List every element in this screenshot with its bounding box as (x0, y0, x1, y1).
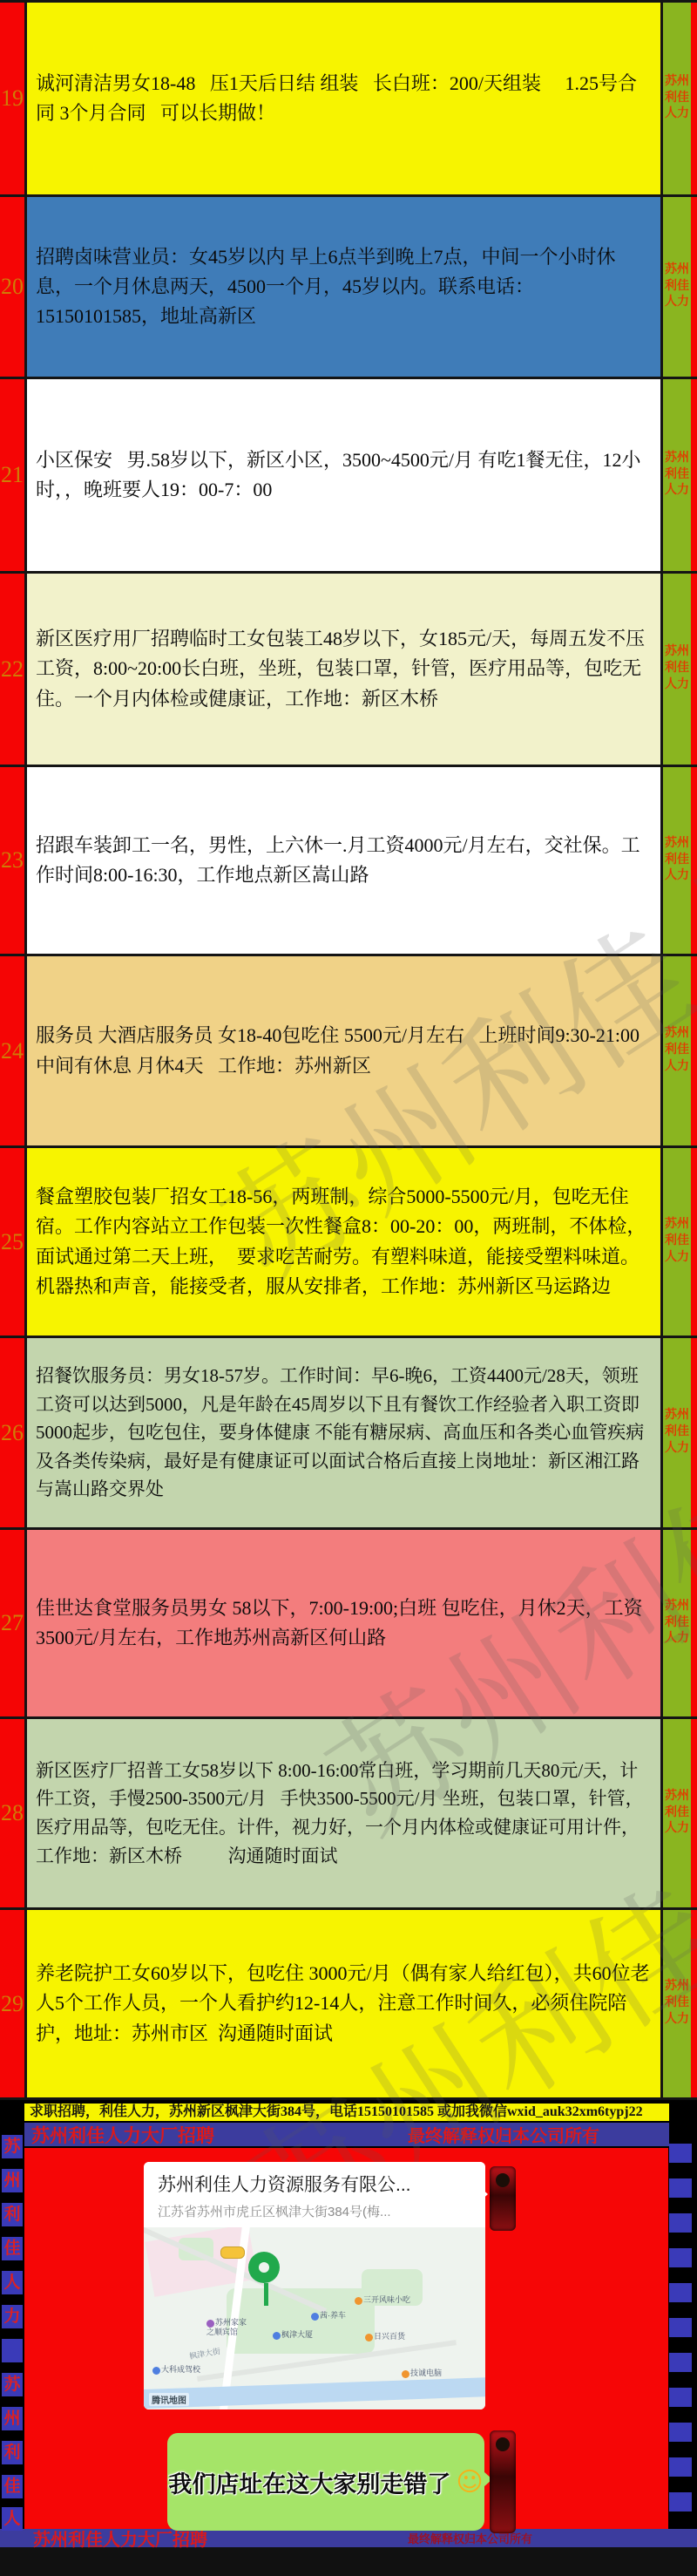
row-number-cell: 29 (0, 1910, 24, 2097)
rail-cell (669, 2248, 692, 2267)
row-number-cell: 24 (0, 956, 24, 1145)
brand-rail: 苏州 利佳 人力 (663, 197, 691, 377)
job-row-22: 22 新区医疗用厂招聘临时工女包装工48岁以下，女185元/天，每周五发不压工资… (0, 571, 697, 765)
job-text: 小区保安 男.58岁以下，新区小区，3500~4500元/月 有吃1餐无住，12… (36, 445, 652, 505)
job-row-26: 26 招餐饮服务员：男女18-57岁。工作时间：早6-晚6，工资4400元/28… (0, 1336, 697, 1527)
map-river (144, 2377, 485, 2409)
rail-char: 利 (2, 2203, 23, 2226)
rail-cell (669, 2318, 692, 2337)
rail-cell (669, 2213, 692, 2233)
rail-char: 人 (2, 2271, 23, 2294)
bottom-banner: 苏州利佳人力大厂招聘 最终解释权归本公司所有 (0, 2529, 697, 2547)
edge-strip (691, 1530, 697, 1716)
rail-cell (669, 2283, 692, 2302)
brand-rail: 苏州 利佳 人力 (663, 1719, 691, 1907)
brand-rail: 苏州 利佳 人力 (663, 3, 691, 194)
job-row-24: 24 服务员 大酒店服务员 女18-40包吃住 5500元/月左右 上班时间9:… (0, 954, 697, 1145)
job-content: 养老院护工女60岁以下，包吃住 3000元/月（偶有家人给红包），共60位老人5… (24, 1910, 663, 2097)
brand-rail: 苏州 利佳 人力 (663, 767, 691, 954)
edge-strip (691, 767, 697, 954)
job-row-27: 27 佳世达食堂服务员男女 58以下，7:00-19:00;白班 包吃住，月休2… (0, 1527, 697, 1716)
map-poi-label: 技诚电脑 (402, 2369, 442, 2377)
banner-disclaimer: 最终解释权归本公司所有 (408, 2530, 532, 2546)
edge-strip (691, 1148, 697, 1336)
rail-char: 苏 (2, 2135, 23, 2158)
job-content: 诚河清洁男女18-48 压1天后日结 组装 长白班：200/天组装 1.25号合… (24, 3, 663, 194)
job-row-21: 21 小区保安 男.58岁以下，新区小区，3500~4500元/月 有吃1餐无住… (0, 377, 697, 571)
rail-cell (669, 2492, 692, 2511)
job-text: 佳世达食堂服务员男女 58以下，7:00-19:00;白班 包吃住，月休2天，工… (36, 1594, 652, 1653)
job-row-23: 23 招跟车装卸工一名，男性，上六休一.月工资4000元/月左右，交社保。工作时… (0, 765, 697, 954)
rail-cell (669, 2423, 692, 2442)
banner-title: 苏州利佳人力大厂招聘 (31, 2122, 214, 2148)
brand-label: 苏州 利佳 人力 (665, 1217, 689, 1267)
footer-zone: 求职招聘，利佳人力，苏州新区枫津大街384号，电话15150101585 或加我… (0, 2097, 697, 2547)
brand-rail: 苏州 利佳 人力 (663, 1910, 691, 2097)
map-poi-label: 茜·养车 (311, 2311, 346, 2320)
road-number-badge (220, 2246, 245, 2259)
rail-cell (669, 2144, 692, 2163)
brand-rail: 苏州 利佳 人力 (663, 1148, 691, 1336)
job-text: 养老院护工女60岁以下，包吃住 3000元/月（偶有家人给红包），共60位老人5… (36, 1959, 652, 2048)
brand-label: 苏州 利佳 人力 (665, 262, 689, 312)
row-number-cell: 28 (0, 1719, 24, 1907)
map-poi-label: 大科成驾校 (152, 2365, 200, 2374)
job-text: 诚河清洁男女18-48 压1天后日结 组装 长白班：200/天组装 1.25号合… (36, 69, 652, 128)
rail-char: 利 (2, 2441, 23, 2464)
brand-label: 苏州 利佳 人力 (665, 1979, 689, 2029)
job-row-28: 28 新区医疗厂招普工女58岁以下 8:00-16:00常白班，学习期前几天80… (0, 1716, 697, 1907)
edge-strip (691, 379, 697, 571)
row-number-cell: 26 (0, 1338, 24, 1527)
row-number: 26 (1, 1422, 24, 1444)
rail-char: 苏 (2, 2373, 23, 2396)
row-number: 20 (1, 275, 24, 298)
job-text: 服务员 大酒店服务员 女18-40包吃住 5500元/月左右 上班时间9:30-… (36, 1021, 652, 1080)
edge-strip (691, 3, 697, 194)
chat-bubble[interactable]: 我们店址在这大家别走错了 ☺ (167, 2433, 484, 2531)
job-content: 新区医疗用厂招聘临时工女包装工48岁以下，女185元/天，每周五发不压工资，8:… (24, 574, 663, 765)
smile-emoji: ☺ (456, 2467, 483, 2498)
row-number-cell: 23 (0, 767, 24, 954)
chat-message: 我们店址在这大家别走错了 (168, 2465, 450, 2499)
brand-rail: 苏州 利佳 人力 (663, 1530, 691, 1716)
banner-disclaimer: 最终解释权归本公司所有 (408, 2122, 599, 2147)
tencent-maps-logo: 腾讯地图 (149, 2393, 189, 2406)
company-address: 江苏省苏州市虎丘区枫津大街384号(梅... (158, 2202, 471, 2220)
row-number: 27 (1, 1612, 24, 1635)
map-poi-label: 三开风味小吃 (355, 2295, 410, 2304)
rail-cell (669, 2388, 692, 2407)
map-poi-label: 日兴百货 (365, 2332, 405, 2341)
row-number-cell: 21 (0, 379, 24, 571)
job-row-25: 25 餐盒塑胶包装厂招女工18-56，两班制，综合5000-5500元/月，包吃… (0, 1145, 697, 1336)
edge-strip (691, 574, 697, 765)
brand-label: 苏州 利佳 人力 (665, 1026, 689, 1076)
company-name: 苏州利佳人力资源服务有限公... (158, 2172, 471, 2199)
job-row-29: 29 养老院护工女60岁以下，包吃住 3000元/月（偶有家人给红包），共60位… (0, 1907, 697, 2097)
row-number-cell: 25 (0, 1148, 24, 1336)
edge-strip (691, 197, 697, 377)
brand-label: 苏州 利佳 人力 (665, 1599, 689, 1648)
map-poi-label: 枫津大厦 (273, 2330, 313, 2339)
rail-char: 州 (2, 2169, 23, 2192)
job-row-20: 20 招聘卤味营业员：女45岁以内 早上6点半到晚上7点，中间一个小时休息，一个… (0, 194, 697, 377)
row-number: 19 (1, 87, 24, 110)
contact-strip: 求职招聘，利佳人力，苏州新区枫津大街384号，电话15150101585 或加我… (24, 2104, 669, 2121)
job-text: 招跟车装卸工一名，男性，上六休一.月工资4000元/月左右，交社保。工作时间8:… (36, 831, 652, 890)
rail-char: 人 (2, 2507, 23, 2531)
row-number-cell: 22 (0, 574, 24, 765)
job-flyer: 19 诚河清洁男女18-48 压1天后日结 组装 长白班：200/天组装 1.2… (0, 0, 697, 2576)
row-number: 24 (1, 1040, 24, 1063)
location-pin-icon (248, 2252, 283, 2309)
brand-label: 苏州 利佳 人力 (665, 1789, 689, 1839)
brand-label: 苏州 利佳 人力 (665, 1408, 689, 1458)
road-name-label: 枫津大街 (188, 2345, 221, 2362)
job-text: 新区医疗用厂招聘临时工女包装工48岁以下，女185元/天，每周五发不压工资，8:… (36, 624, 652, 713)
job-text: 新区医疗厂招普工女58岁以下 8:00-16:00常白班，学习期前几天80元/天… (36, 1757, 652, 1870)
row-number: 21 (1, 464, 24, 486)
rail-char: 州 (2, 2407, 23, 2430)
banner-strip: 苏州利佳人力大厂招聘 最终解释权归本公司所有 (24, 2123, 669, 2146)
brand-rail: 苏州 利佳 人力 (663, 574, 691, 765)
row-number: 28 (1, 1802, 24, 1825)
row-number-cell: 19 (0, 3, 24, 194)
edge-strip (691, 956, 697, 1145)
row-number-cell: 27 (0, 1530, 24, 1716)
row-number: 22 (1, 658, 24, 681)
location-share-card[interactable]: 苏州利佳人力资源服务有限公... 江苏省苏州市虎丘区枫津大街384号(梅... … (144, 2162, 485, 2409)
brand-rail: 苏州 利佳 人力 (663, 1338, 691, 1527)
job-content: 招餐饮服务员：男女18-57岁。工作时间：早6-晚6，工资4400元/28天，领… (24, 1338, 663, 1527)
job-content: 餐盒塑胶包装厂招女工18-56，两班制，综合5000-5500元/月，包吃无住宿… (24, 1148, 663, 1336)
edge-strip (691, 1338, 697, 1527)
edge-strip (691, 1910, 697, 2097)
brand-label: 苏州 利佳 人力 (665, 74, 689, 124)
brand-rail: 苏州 利佳 人力 (663, 379, 691, 571)
card-bubble-tail (480, 2187, 488, 2201)
rail-cell (669, 2353, 692, 2372)
job-content: 佳世达食堂服务员男女 58以下，7:00-19:00;白班 包吃住，月休2天，工… (24, 1530, 663, 1716)
row-number: 23 (1, 849, 24, 872)
rail-cell (669, 2457, 692, 2477)
brand-label: 苏州 利佳 人力 (665, 451, 689, 500)
card-header: 苏州利佳人力资源服务有限公... 江苏省苏州市虎丘区枫津大街384号(梅... (144, 2162, 485, 2227)
job-text: 招聘卤味营业员：女45岁以内 早上6点半到晚上7点，中间一个小时休息，一个月休息… (36, 242, 652, 331)
job-content: 新区医疗厂招普工女58岁以下 8:00-16:00常白班，学习期前几天80元/天… (24, 1719, 663, 1907)
rail-char: 力 (2, 2305, 23, 2328)
job-text: 招餐饮服务员：男女18-57岁。工作时间：早6-晚6，工资4400元/28天，领… (36, 1362, 652, 1504)
job-content: 服务员 大酒店服务员 女18-40包吃住 5500元/月左右 上班时间9:30-… (24, 956, 663, 1145)
map-poi-label: 苏州家家 之顺宾馆 (206, 2318, 247, 2336)
rail-char: 佳 (2, 2475, 23, 2498)
job-text: 餐盒塑胶包装厂招女工18-56，两班制，综合5000-5500元/月，包吃无住宿… (36, 1182, 652, 1301)
job-content: 招跟车装卸工一名，男性，上六休一.月工资4000元/月左右，交社保。工作时间8:… (24, 767, 663, 954)
job-content: 小区保安 男.58岁以下，新区小区，3500~4500元/月 有吃1餐无住，12… (24, 379, 663, 571)
job-row-19: 19 诚河清洁男女18-48 压1天后日结 组装 长白班：200/天组装 1.2… (0, 0, 697, 194)
avatar[interactable] (490, 2166, 516, 2231)
rail-cell (669, 2178, 692, 2198)
brand-rail: 苏州 利佳 人力 (663, 956, 691, 1145)
rail-char (2, 2339, 23, 2362)
brand-label: 苏州 利佳 人力 (665, 836, 689, 886)
row-number: 29 (1, 1993, 24, 2015)
row-number-cell: 20 (0, 197, 24, 377)
brand-label: 苏州 利佳 人力 (665, 644, 689, 694)
edge-strip (691, 1719, 697, 1907)
rail-char: 佳 (2, 2237, 23, 2260)
avatar[interactable] (490, 2430, 516, 2533)
job-content: 招聘卤味营业员：女45岁以内 早上6点半到晚上7点，中间一个小时休息，一个月休息… (24, 197, 663, 377)
map-preview: 三开风味小吃 日兴百货 技诚电脑 苏州家家 之顺宾馆 枫津大厦 大科成驾校 茜·… (144, 2227, 485, 2409)
row-number: 25 (1, 1231, 24, 1254)
